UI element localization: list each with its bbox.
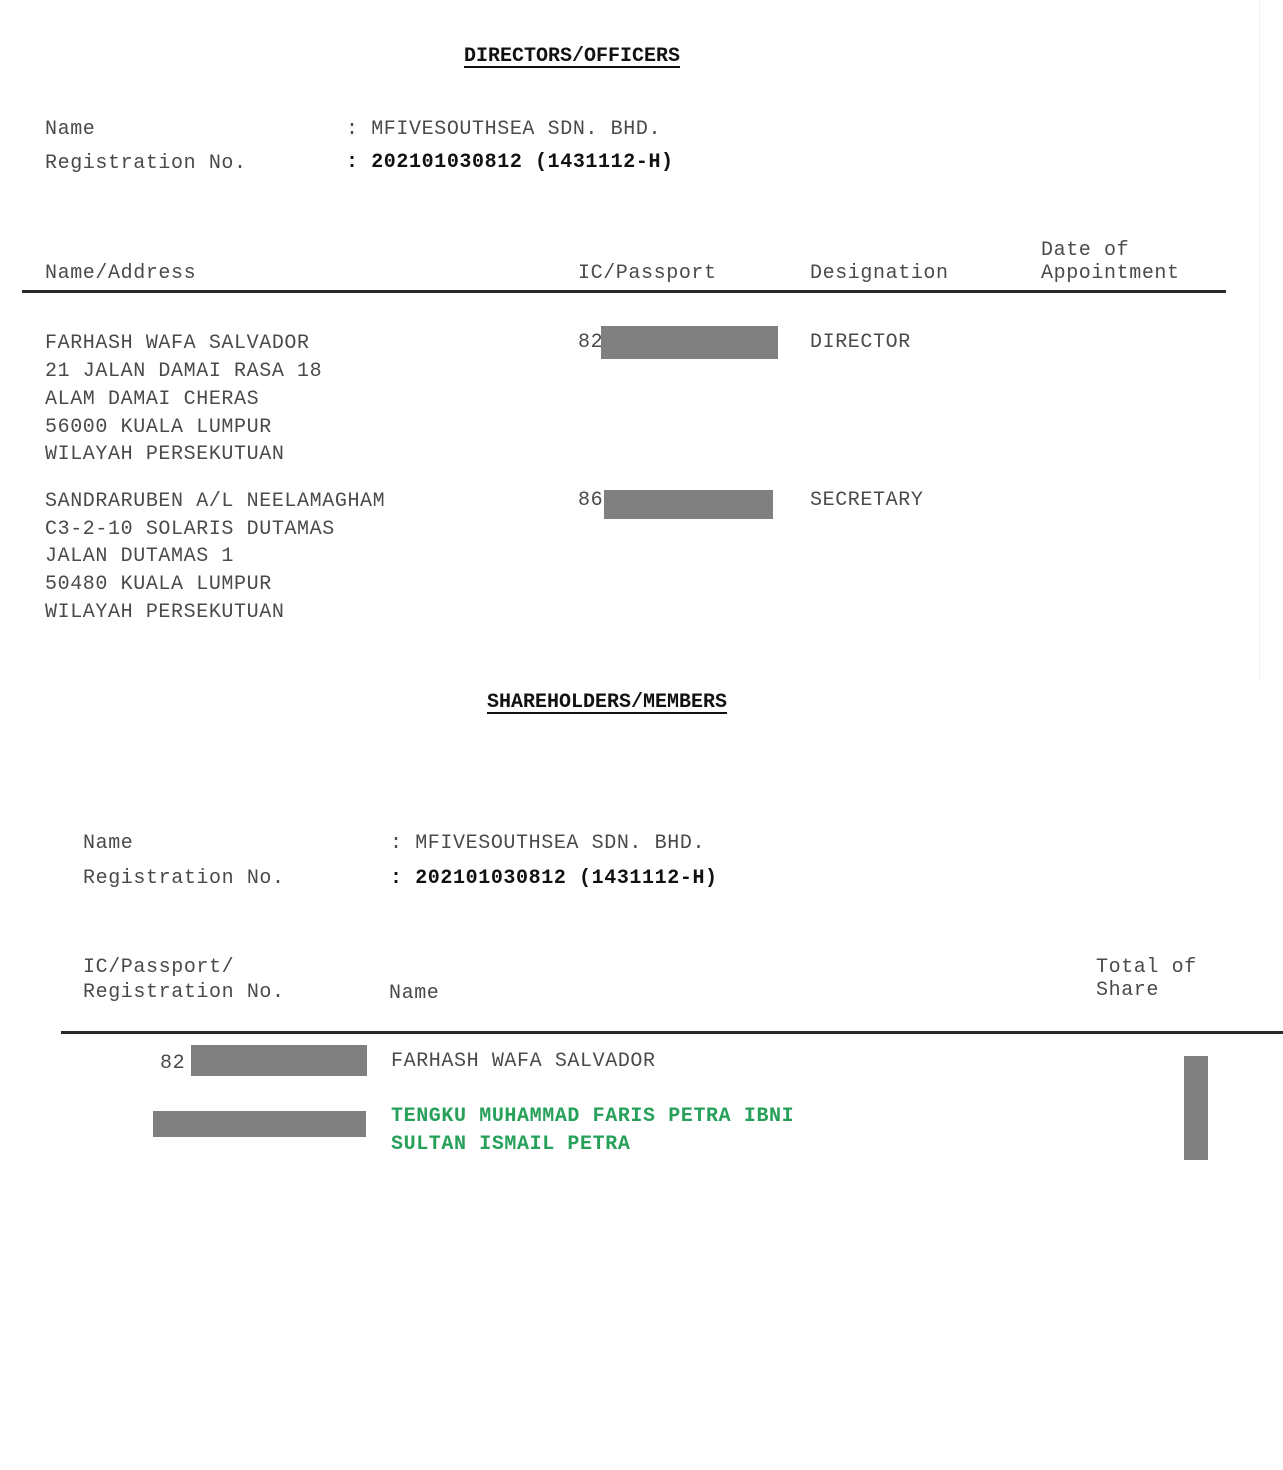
director-address-line: WILAYAH PERSEKUTUAN — [45, 441, 284, 469]
shareholder-ic-prefix: 82 — [160, 1052, 185, 1075]
col-header-ic-line2: Registration No. — [83, 981, 285, 1004]
col-header-designation: Designation — [810, 262, 949, 285]
registration-no-value: : 202101030812 (1431112-H) — [390, 867, 718, 890]
director-address-line: 50480 KUALA LUMPUR — [45, 571, 272, 599]
company-name-value: : MFIVESOUTHSEA SDN. BHD. — [346, 118, 661, 141]
col-header-ic-line1: IC/Passport/ — [83, 956, 234, 979]
ic-redaction-block — [191, 1045, 367, 1076]
directors-section-title: DIRECTORS/OFFICERS — [464, 45, 680, 68]
director-ic-prefix: 82 — [578, 331, 603, 354]
director-designation: DIRECTOR — [810, 331, 911, 354]
col-header-ic-passport: IC/Passport — [578, 262, 717, 285]
director-address-line: JALAN DUTAMAS 1 — [45, 543, 234, 571]
header-rule — [61, 1031, 1283, 1034]
registration-no-label: Registration No. — [45, 152, 247, 175]
ic-redaction-block — [153, 1111, 366, 1137]
director-name: FARHASH WAFA SALVADOR — [45, 330, 310, 358]
shareholder-name-highlight: TENGKU MUHAMMAD FARIS PETRA IBNI — [391, 1105, 794, 1128]
col-header-date-line2: Appointment — [1041, 262, 1180, 285]
col-header-total-line2: Share — [1096, 979, 1159, 1002]
company-name-label: Name — [45, 118, 95, 141]
director-address-line: 21 JALAN DAMAI RASA 18 — [45, 358, 322, 386]
director-address-line: C3-2-10 SOLARIS DUTAMAS — [45, 516, 335, 544]
col-header-total-line1: Total of — [1096, 956, 1197, 979]
director-designation: SECRETARY — [810, 489, 923, 512]
company-name-value: : MFIVESOUTHSEA SDN. BHD. — [390, 832, 705, 855]
director-name: SANDRARUBEN A/L NEELAMAGHAM — [45, 488, 385, 516]
shareholder-name: FARHASH WAFA SALVADOR — [391, 1050, 656, 1073]
col-header-name-address: Name/Address — [45, 262, 196, 285]
header-rule — [22, 290, 1226, 293]
page-edge-line — [1259, 0, 1260, 680]
registration-no-value: : 202101030812 (1431112-H) — [346, 151, 674, 174]
col-header-name: Name — [389, 982, 439, 1005]
director-address-line: WILAYAH PERSEKUTUAN — [45, 599, 284, 627]
total-share-redaction-block — [1184, 1056, 1208, 1160]
ic-redaction-block — [601, 326, 778, 359]
shareholders-section-title: SHAREHOLDERS/MEMBERS — [487, 691, 727, 714]
company-name-label: Name — [83, 832, 133, 855]
registration-no-label: Registration No. — [83, 867, 285, 890]
director-address-line: 56000 KUALA LUMPUR — [45, 414, 272, 442]
shareholder-name-highlight: SULTAN ISMAIL PETRA — [391, 1133, 630, 1156]
ic-redaction-block — [604, 490, 773, 519]
col-header-date-line1: Date of — [1041, 239, 1129, 262]
director-address-line: ALAM DAMAI CHERAS — [45, 386, 259, 414]
director-ic-prefix: 86 — [578, 489, 603, 512]
